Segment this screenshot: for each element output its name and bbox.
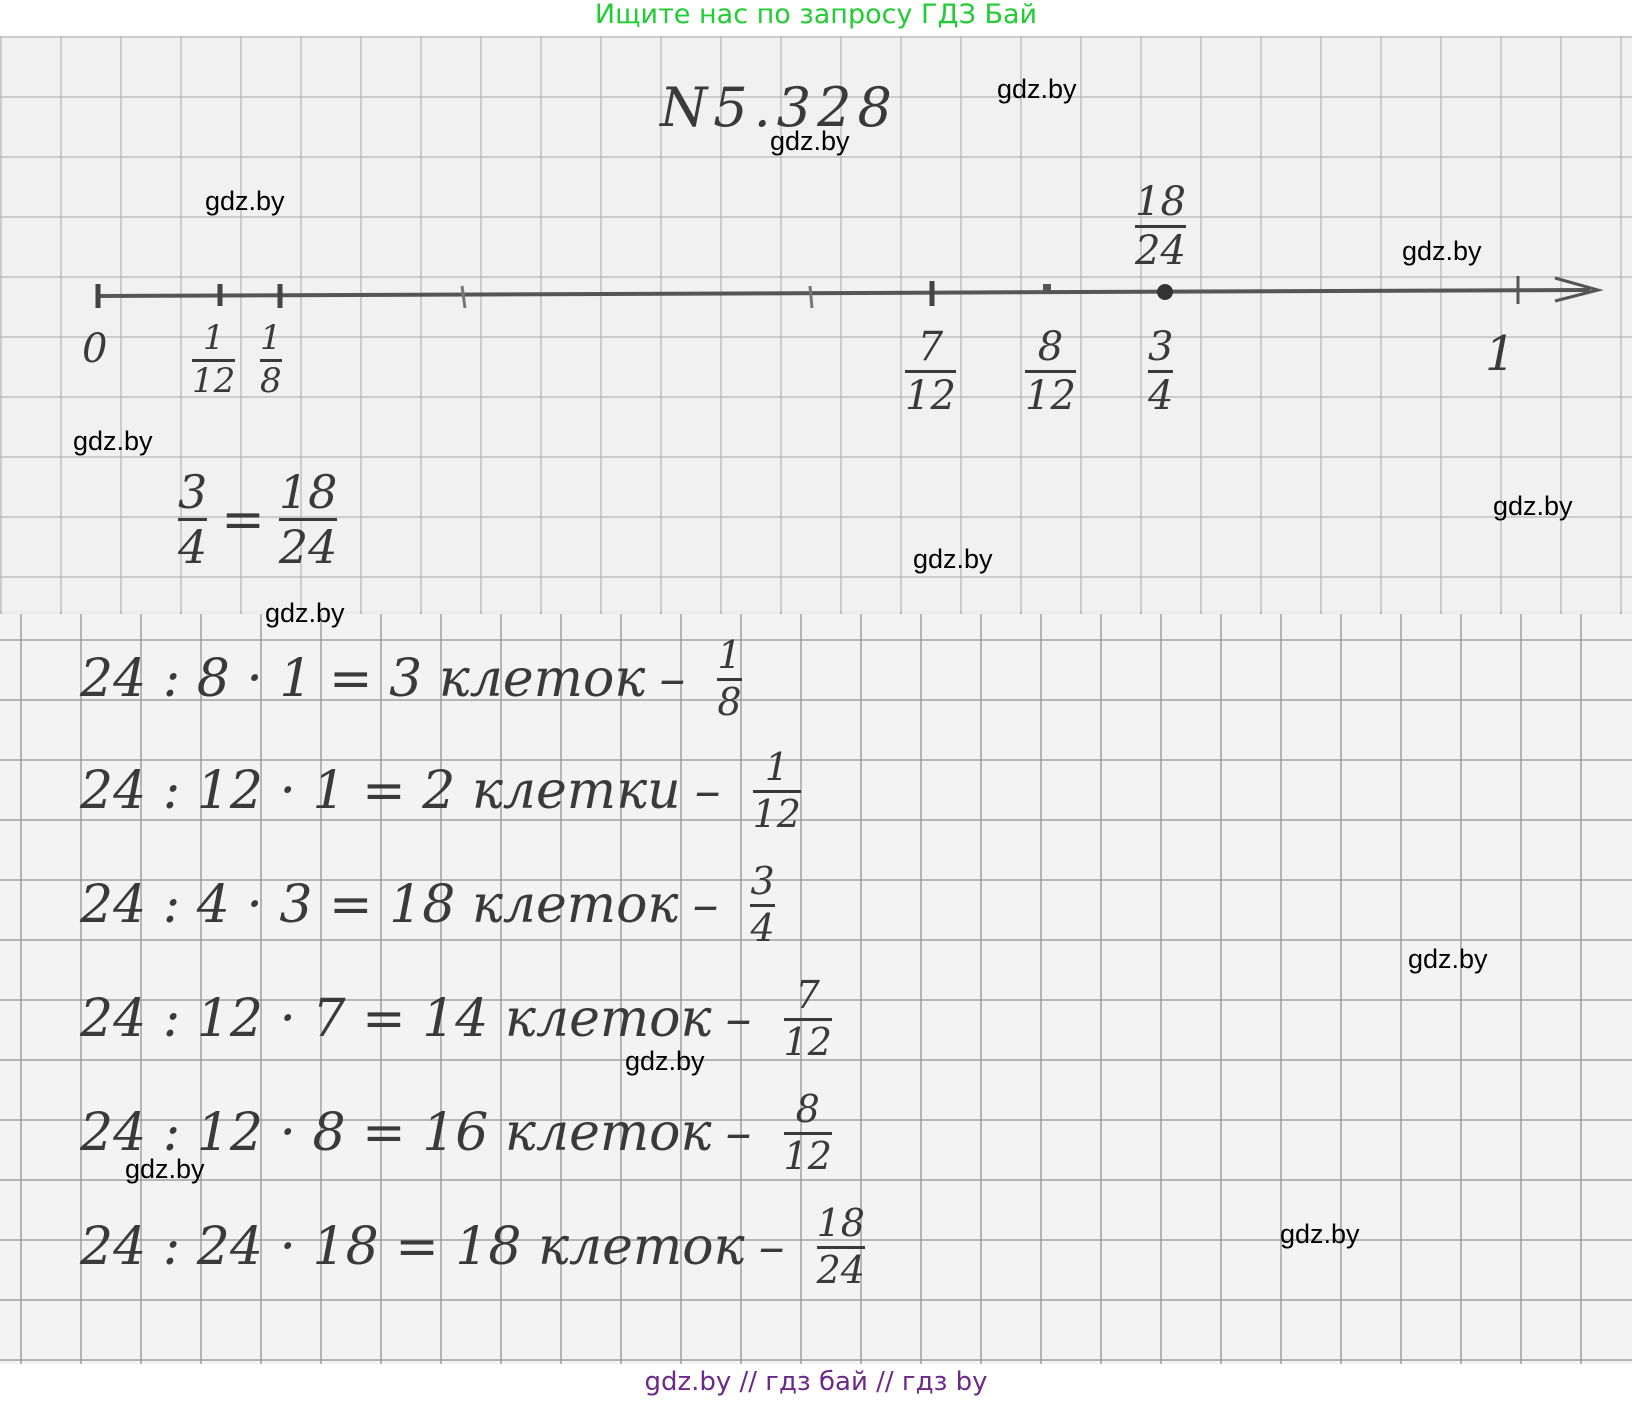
equals-sign: = [221, 490, 265, 550]
watermark: gdz.by [770, 126, 850, 157]
watermark: gdz.by [625, 1046, 705, 1077]
calc-dash: – [726, 989, 752, 1049]
calc-row: 24 : 12 · 7 = 14 клеток – 712 [80, 976, 832, 1063]
number-line-label-eight-twelfths: 812 [1025, 326, 1076, 417]
watermark: gdz.by [125, 1154, 205, 1185]
watermark: gdz.by [205, 186, 285, 217]
watermark: gdz.by [1280, 1219, 1360, 1250]
number-line-label-one: 1 [1485, 326, 1516, 382]
number-line-label-three-quarters: 34 [1148, 326, 1173, 417]
number-line-label-one-twelfth: 112 [192, 321, 235, 399]
number-line-label-one-eighth: 18 [260, 321, 282, 399]
search-banner: Ищите нас по запросу ГДЗ Бай [0, 0, 1632, 36]
fraction-equivalence: 34 = 1824 [160, 468, 337, 572]
calc-dash: – [726, 1103, 752, 1163]
watermark: gdz.by [1402, 236, 1482, 267]
footer-banner: gdz.by // гдз бай // гдз by [0, 1364, 1632, 1400]
calc-dash: – [659, 649, 685, 709]
number-line-label-zero: 0 [82, 326, 107, 372]
calc-row: 24 : 8 · 1 = 3 клеток – 18 [80, 636, 742, 723]
calc-fraction: 18 [717, 636, 741, 723]
calc-row: 24 : 24 · 18 = 18 клеток – 1824 [80, 1204, 865, 1291]
calc-expression: 24 : 4 · 3 = 18 клеток [80, 875, 678, 935]
calc-expression: 24 : 12 · 7 = 14 клеток [80, 989, 712, 1049]
watermark: gdz.by [1493, 491, 1573, 522]
calc-dash: – [759, 1217, 785, 1277]
number-line [0, 36, 1632, 436]
calc-fraction: 34 [750, 862, 774, 949]
calc-dash: – [692, 875, 718, 935]
watermark: gdz.by [913, 544, 993, 575]
fraction-right: 1824 [279, 468, 338, 572]
calc-fraction: 1824 [817, 1204, 865, 1291]
watermark: gdz.by [265, 598, 345, 629]
watermark: gdz.by [73, 426, 153, 457]
fraction-left: 34 [178, 468, 207, 572]
calc-fraction: 712 [784, 976, 832, 1063]
calc-fraction: 112 [753, 748, 801, 835]
calc-fraction: 812 [784, 1090, 832, 1177]
number-line-label-seven-twelfths: 712 [905, 326, 956, 417]
number-line-label-above: 1824 [1135, 181, 1186, 272]
calc-row: 24 : 4 · 3 = 18 клеток – 34 [80, 862, 775, 949]
calc-expression: 24 : 24 · 18 = 18 клеток [80, 1217, 745, 1277]
calc-expression: 24 : 8 · 1 = 3 клеток [80, 649, 645, 709]
calc-dash: – [695, 761, 721, 821]
watermark: gdz.by [1408, 944, 1488, 975]
watermark: gdz.by [997, 74, 1077, 105]
calc-row: 24 : 12 · 1 = 2 клетки – 112 [80, 748, 801, 835]
notebook-page: N5.328 1824 0 112 18 712 812 34 1 34 = [0, 36, 1632, 1364]
calc-expression: 24 : 12 · 1 = 2 клетки [80, 761, 681, 821]
